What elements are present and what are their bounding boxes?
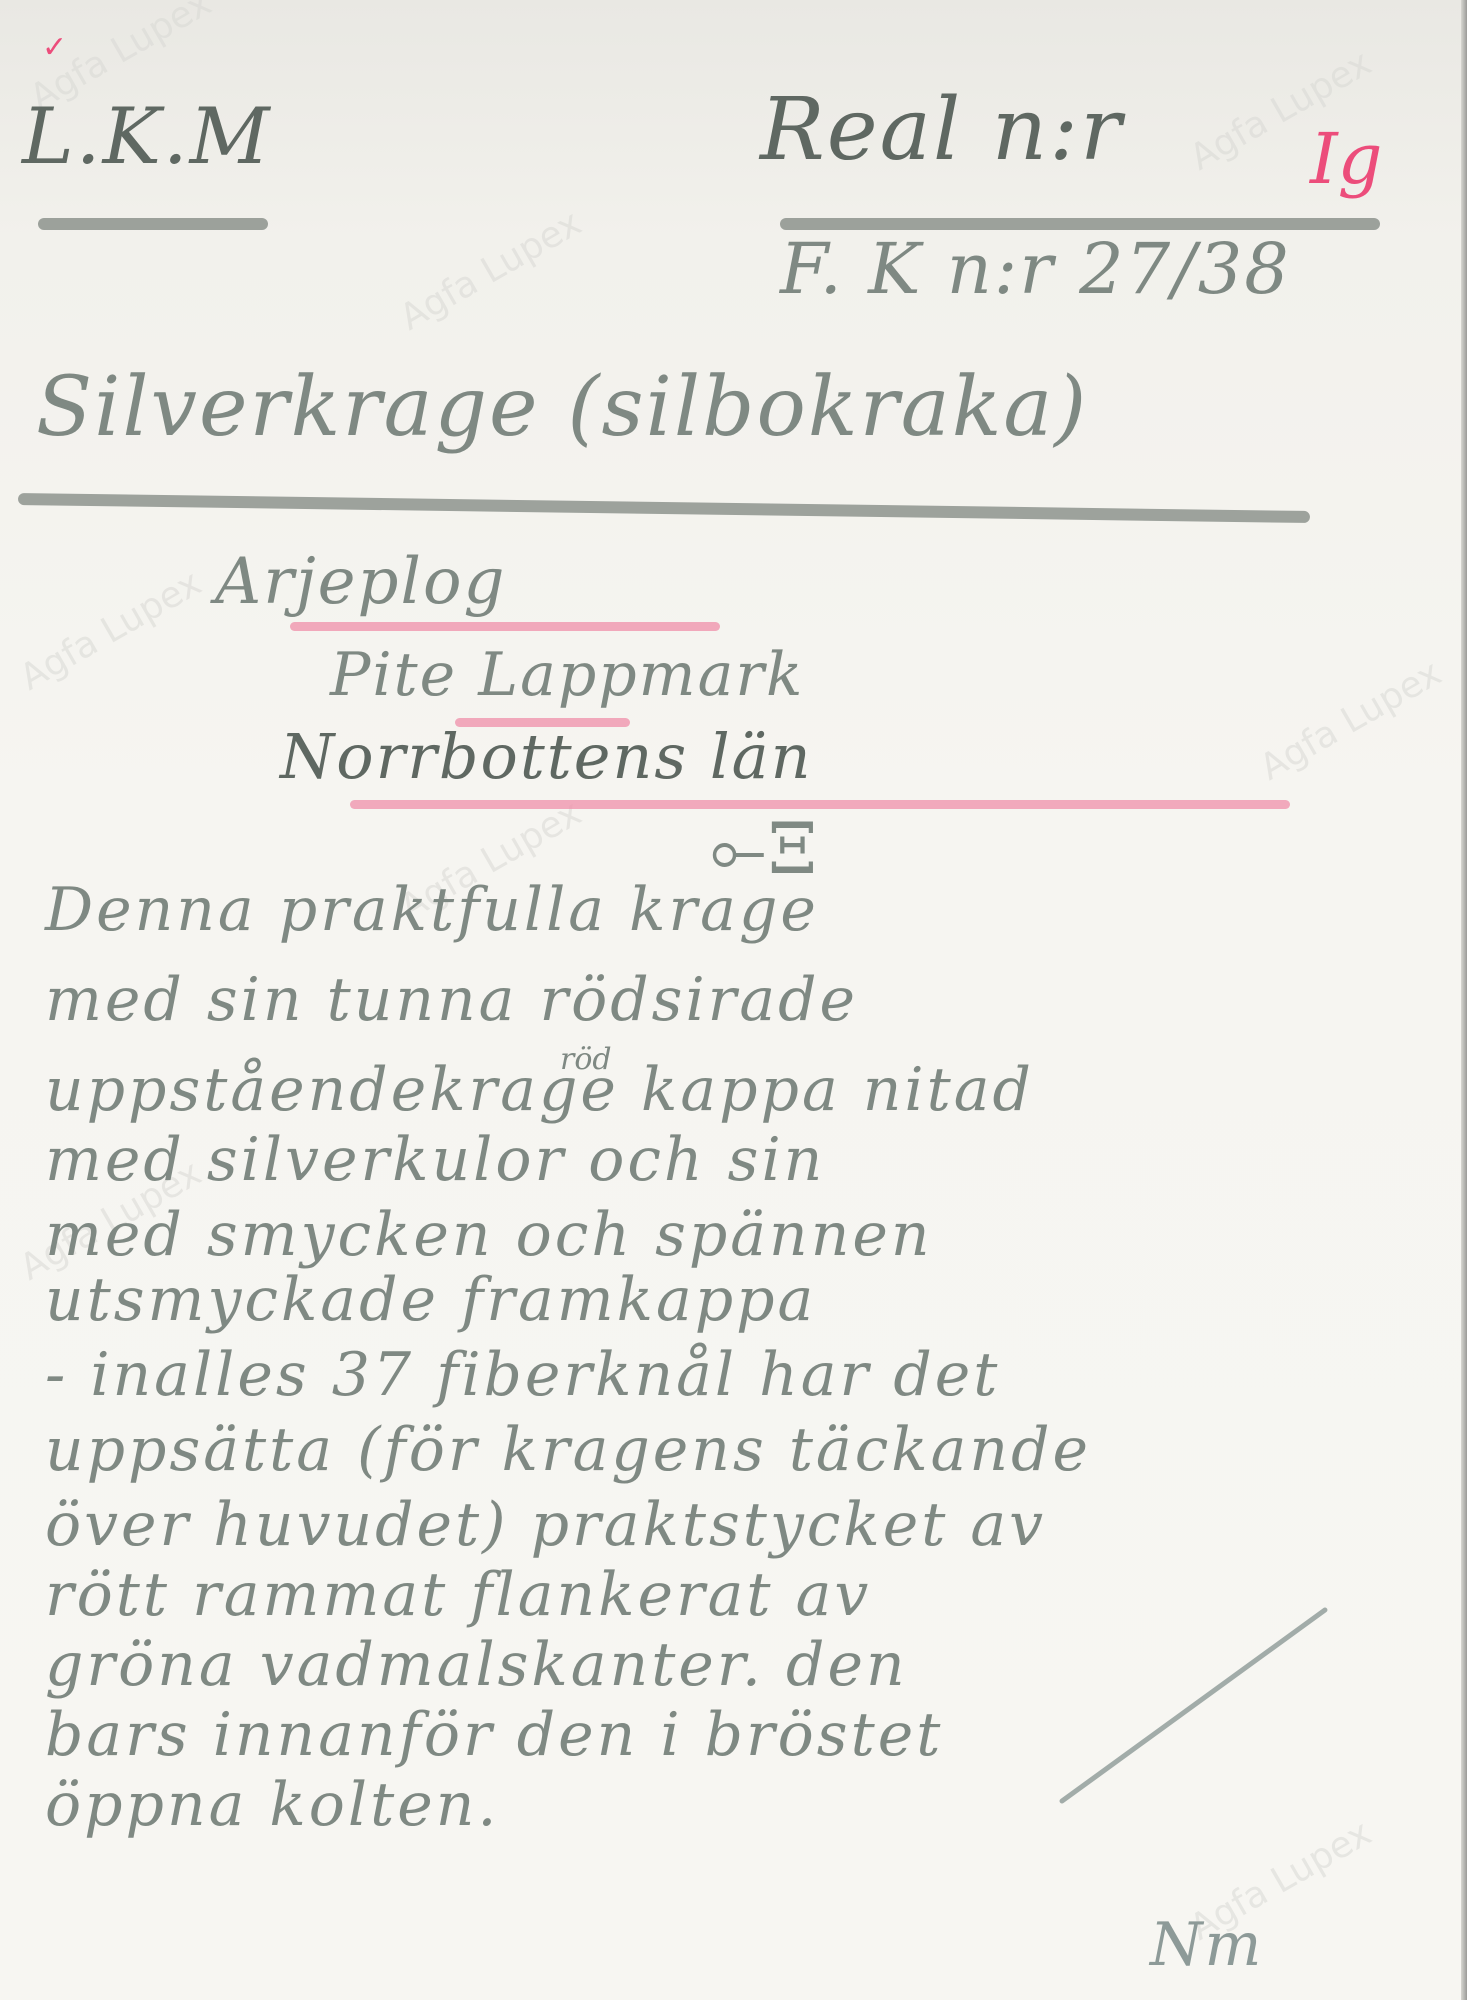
body-line: öppna kolten. bbox=[45, 1770, 499, 1840]
body-line: över huvudet) praktstycket av bbox=[45, 1490, 1046, 1560]
checkmark-icon: ✓ bbox=[42, 30, 67, 65]
body-line: med sin tunna rödsirade bbox=[45, 965, 858, 1035]
body-line: rött rammat flankerat av bbox=[45, 1560, 871, 1630]
district: Pite Lappmark bbox=[330, 640, 804, 710]
body-line: med smycken och spännen bbox=[45, 1200, 933, 1270]
catalogue-label: Real n:r bbox=[760, 80, 1123, 180]
watermark: Agfa Lupex bbox=[13, 562, 208, 698]
institution-abbrev: L.K.M bbox=[22, 92, 272, 182]
parish: Arjeplog bbox=[215, 545, 506, 619]
watermark: Agfa Lupex bbox=[393, 202, 588, 338]
pink-underline bbox=[350, 800, 1290, 809]
underline bbox=[38, 218, 268, 230]
photo-number: F. K n:r 27/38 bbox=[780, 228, 1291, 310]
county: Norrbottens län bbox=[280, 720, 813, 793]
catalogue-card: Agfa Lupex Agfa Lupex Agfa Lupex Agfa Lu… bbox=[0, 0, 1467, 2000]
body-line: utsmyckade framkappa bbox=[45, 1265, 816, 1335]
watermark: Agfa Lupex bbox=[1253, 652, 1448, 788]
body-line: uppståendekrage kappa nitad bbox=[45, 1055, 1034, 1125]
pink-annotation: Ig bbox=[1310, 118, 1382, 200]
body-line: - inalles 37 fiberknål har det bbox=[45, 1340, 1000, 1410]
object-title: Silverkrage (silbokraka) bbox=[36, 360, 1088, 455]
body-line: gröna vadmalskanter. den bbox=[45, 1630, 908, 1700]
body-line: med silverkulor och sin bbox=[45, 1125, 825, 1195]
paper-edge bbox=[1461, 0, 1467, 2000]
pink-underline bbox=[290, 622, 720, 631]
signature: Nm bbox=[1150, 1910, 1263, 1980]
body-line: Denna praktfulla krage bbox=[45, 875, 819, 945]
body-line: bars innanför den i bröstet bbox=[45, 1700, 943, 1770]
body-line: uppsätta (för kragens täckande bbox=[45, 1415, 1091, 1485]
title-rule bbox=[18, 493, 1310, 523]
signature-stroke bbox=[1059, 1607, 1329, 1805]
